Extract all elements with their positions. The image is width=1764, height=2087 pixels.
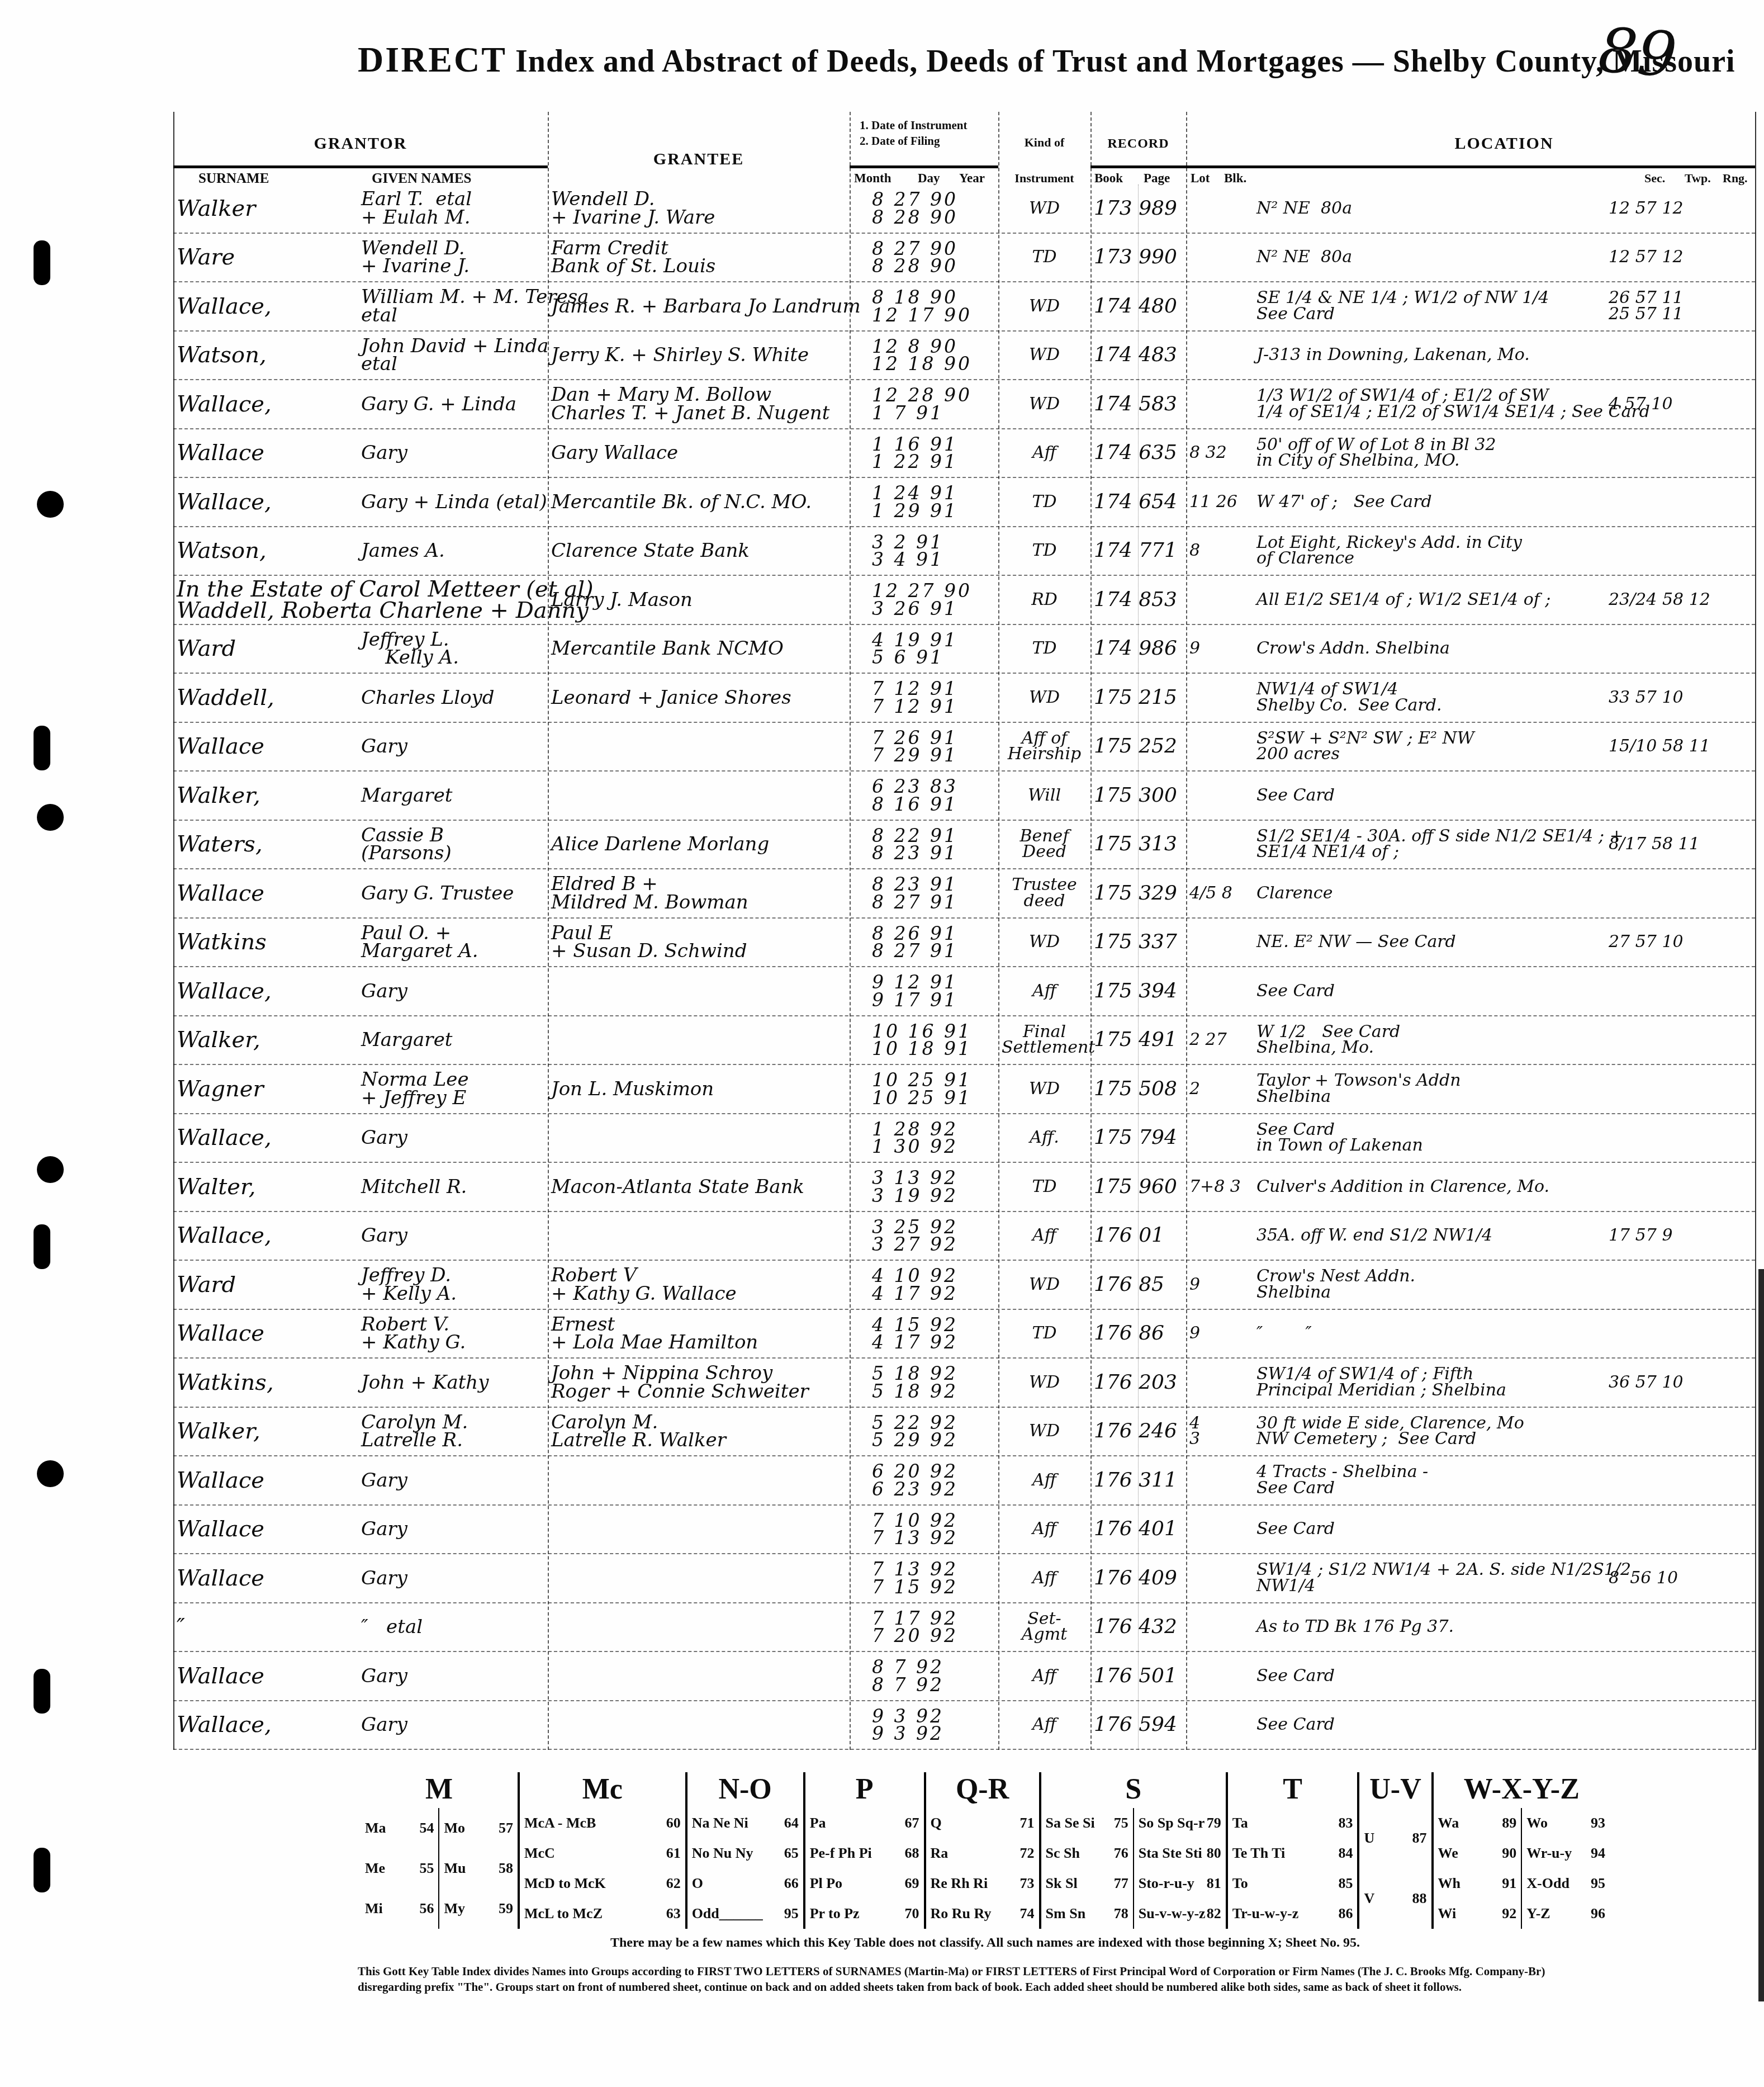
date-instrument-filing: 9 3 92 9 3 92 [850,1707,998,1743]
kind-of-instrument: Trustee deed [998,877,1090,910]
key-cell-label: Y-Z [1526,1905,1550,1922]
grantor-surname: Wallace [173,882,358,905]
location: Taylor + Towson's Addn Shelbina [1253,1072,1605,1105]
table-row: Wallace Gary G. Trustee Eldred B + Mildr… [173,869,1755,919]
key-row: To85 [1228,1868,1358,1899]
key-group-header: N-O [687,1772,803,1808]
grantor-given-names: Gary [358,1520,548,1539]
key-group-cells: Wa89Wo93We90Wr-u-y94Wh91X-Odd95Wi92Y-Z96 [1434,1808,1610,1929]
location: 35A. off W. end S1/2 NW1/4 [1253,1227,1605,1244]
date-instrument-filing: 1 28 92 1 30 92 [850,1120,998,1156]
col-header-book: Book [1094,171,1123,186]
sec-twp-rng [1605,1089,1755,1090]
key-cell: McD to McK62 [520,1875,685,1892]
binder-mark [34,1224,50,1269]
key-cell: X-Odd95 [1521,1868,1610,1899]
grantee [548,1235,850,1236]
date-instrument-filing: 9 12 91 9 17 91 [850,973,998,1009]
key-table-group: M Ma54Mo57Me55Mu58Mi56My59 [361,1772,518,1929]
grantor-given-names: Gary G. Trustee [358,884,548,903]
key-group-header: M [361,1772,518,1808]
table-row: Wallace, Gary 9 12 91 9 17 91 Aff 175 39… [173,967,1755,1016]
record-book-page: 175 329 [1090,883,1186,903]
key-cell: Y-Z96 [1521,1899,1610,1929]
key-cell-label: Pl Po [810,1875,843,1892]
grantee: Wendell D. + Ivarine J. Ware [548,190,850,227]
date-instrument-filing: 12 27 90 3 26 91 [850,581,998,618]
key-group-cells: Q71Ra72Re Rh Ri73Ro Ru Ry74 [926,1808,1039,1929]
col-header-grantor: GRANTOR [173,134,548,153]
date-instrument-filing: 3 2 91 3 4 91 [850,533,998,569]
key-cell: Mi56 [361,1900,438,1917]
kind-of-instrument: Aff [998,1668,1090,1685]
grantee: James R. + Barbara Jo Landrum [548,297,850,316]
key-cell-sheet-number: 54 [419,1820,434,1837]
binder-mark [37,1156,64,1183]
location: All E1/2 SE1/4 of ; W1/2 SE1/4 of ; [1253,591,1605,609]
sec-twp-rng [1605,1724,1755,1725]
kind-of-instrument: Aff [998,444,1090,462]
key-row: Wa89Wo93 [1434,1808,1610,1838]
sec-twp-rng: 4 57 10 [1605,396,1755,413]
location: See Card [1253,1716,1605,1734]
lot-blk [1186,306,1253,307]
lot-blk [1186,1137,1253,1138]
sec-twp-rng [1605,550,1755,551]
location: 30 ft wide E side, Clarence, Mo NW Cemet… [1253,1415,1605,1448]
key-cell-label: Su-v-w-y-z [1139,1905,1206,1922]
record-book-page: 176 311 [1090,1470,1186,1490]
sec-twp-rng: 17 57 9 [1605,1227,1755,1244]
grantor-surname: Walker, [173,1029,358,1051]
sec-twp-rng [1605,501,1755,503]
date-instrument-filing: 7 12 91 7 12 91 [850,679,998,716]
key-cell-label: Q [931,1815,942,1832]
sec-twp-rng [1605,1039,1755,1040]
lot-blk [1186,844,1253,845]
key-row: V88 [1359,1868,1431,1929]
key-cell-sheet-number: 92 [1502,1905,1516,1922]
grantor-surname: Ward [173,637,358,660]
sec-twp-rng [1605,1431,1755,1432]
table-row: In the Estate of Carol Metteer (et al) W… [173,576,1755,625]
binder-mark [34,1848,50,1892]
grantee: Dan + Mary M. Bollow Charles T. + Janet … [548,385,850,423]
grantee: Paul E + Susan D. Schwind [548,924,850,961]
record-book-page: 175 300 [1090,785,1186,806]
lot-blk [1186,404,1253,405]
grantor-given-names: Gary [358,1128,548,1147]
sec-twp-rng [1605,1626,1755,1627]
key-cell: My59 [438,1889,517,1929]
key-group-cells: Sa Se Si75So Sp Sq-r79Sc Sh76Sta Ste Sti… [1041,1808,1226,1929]
key-cell-label: Sc Sh [1046,1845,1080,1862]
sec-twp-rng [1605,452,1755,453]
table-row: ″ ″ etal 7 17 92 7 20 92 Set- Agmt 176 4… [173,1603,1755,1653]
key-cell-sheet-number: 96 [1591,1905,1605,1922]
key-cell-label: So Sp Sq-r [1139,1815,1205,1832]
key-cell: McA - McB60 [520,1815,685,1832]
date-instrument-filing: 5 22 92 5 29 92 [850,1413,998,1450]
table-row: Wallace, Gary 9 3 92 9 3 92 Aff 176 594 … [173,1701,1755,1750]
key-table-note: There may be a few names which this Key … [361,1935,1610,1951]
col-header-month: Month [854,171,891,186]
key-cell-sheet-number: 89 [1502,1815,1516,1832]
lot-blk [1186,941,1253,943]
col-header-kind-1: Kind of [998,135,1090,150]
grantee: Leonard + Janice Shores [548,688,850,707]
grantee: Ernest + Lola Mae Hamilton [548,1315,850,1352]
grantor-given-names: William M. + M. Teresa etal [358,287,548,325]
kind-of-instrument: Aff [998,983,1090,1000]
key-cell-label: V [1364,1890,1374,1907]
record-book-page: 175 337 [1090,932,1186,952]
key-cell-label: Mo [444,1820,465,1837]
scan-edge-artifact [1758,1269,1764,2001]
date-instrument-filing: 1 24 91 1 29 91 [850,484,998,520]
record-book-page: 174 654 [1090,492,1186,512]
grantor-given-names: Gary [358,1715,548,1734]
key-cell-sheet-number: 59 [499,1900,513,1917]
kind-of-instrument: TD [998,542,1090,560]
location: As to TD Bk 176 Pg 37. [1253,1619,1605,1636]
table-row: Watkins Paul O. + Margaret A. Paul E + S… [173,919,1755,968]
sec-twp-rng: 8/17 58 11 [1605,836,1755,853]
grantee: Macon-Atlanta State Bank [548,1177,850,1196]
key-table-group: N-O Na Ne Ni64No Nu Ny65O66Odd______95 [685,1772,803,1929]
location: J-313 in Downing, Lakenan, Mo. [1253,347,1605,364]
col-header-location: LOCATION [1253,134,1755,153]
binder-mark [34,1669,50,1714]
grantee: John + Nippina Schroy Roger + Connie Sch… [548,1364,850,1401]
grantor-surname: Wallace [173,735,358,758]
date-instrument-filing: 4 10 92 4 17 92 [850,1266,998,1303]
kind-of-instrument: WD [998,1374,1090,1392]
sec-twp-rng: 23/24 58 12 [1605,591,1755,609]
record-book-page: 174 583 [1090,394,1186,414]
key-row: Me55Mu58 [361,1848,518,1889]
key-cell-sheet-number: 91 [1502,1875,1516,1892]
location: N² NE 80a [1253,249,1605,266]
kind-of-instrument: Aff [998,1472,1090,1489]
table-row: Ward Jeffrey D. + Kelly A. Robert V + Ka… [173,1261,1755,1310]
kind-of-instrument: Benef Deed [998,828,1090,861]
location: SW1/4 ; S1/2 NW1/4 + 2A. S. side N1/2S1/… [1253,1561,1605,1594]
sec-twp-rng: 15/10 58 11 [1605,738,1755,755]
key-row: Ma54Mo57 [361,1808,518,1848]
page-title: DIRECT Index and Abstract of Deeds, Deed… [358,39,1531,81]
key-cell: McL to McZ63 [520,1905,685,1922]
key-cell-sheet-number: 93 [1591,1815,1605,1832]
key-cell-sheet-number: 65 [784,1845,799,1862]
lot-blk: 4 3 [1186,1415,1253,1448]
record-book-page: 174 986 [1090,638,1186,659]
key-cell-label: McC [524,1845,555,1862]
key-row: Ro Ru Ry74 [926,1899,1039,1929]
record-book-page: 173 989 [1090,198,1186,219]
col-header-sec: Sec. [1644,171,1665,186]
key-cell: Ro Ru Ry74 [926,1905,1039,1922]
grantee [548,1578,850,1579]
key-cell-sheet-number: 87 [1412,1830,1427,1847]
grantor-surname: Wallace, [173,1127,358,1149]
key-row: Mi56My59 [361,1889,518,1929]
grantor-surname: Wagner [173,1078,358,1100]
grantee [548,1724,850,1725]
grantee [548,1626,850,1627]
key-group-header: Q-R [926,1772,1039,1808]
key-cell-sheet-number: 84 [1338,1845,1353,1862]
col-header-record: RECORD [1090,136,1186,152]
grantor-surname: Ward [173,1274,358,1296]
kind-of-instrument: Aff [998,1716,1090,1734]
table-row: Wallace Gary 7 13 92 7 15 92 Aff 176 409… [173,1554,1755,1603]
grantor-surname: ″ [173,1616,358,1638]
key-cell-label: No Nu Ny [692,1845,753,1862]
date-instrument-filing: 10 25 91 10 25 91 [850,1071,998,1107]
key-row: Sc Sh76Sta Ste Sti80 [1041,1838,1226,1868]
record-book-page: 176 01 [1090,1225,1186,1246]
key-cell-label: Mu [444,1860,466,1877]
location: Lot Eight, Rickey's Add. in City of Clar… [1253,534,1605,567]
col-header-grantee: GRANTEE [548,150,850,169]
table-row: Walker, Margaret 6 23 83 8 16 91 Will 17… [173,772,1755,821]
record-book-page: 175 508 [1090,1079,1186,1099]
grantor-surname: In the Estate of Carol Metteer (et al) W… [173,578,358,622]
col-header-rng: Rng. [1723,171,1748,186]
key-cell-label: Ro Ru Ry [931,1905,992,1922]
date-instrument-filing: 12 28 90 1 7 91 [850,386,998,422]
key-cell-sheet-number: 71 [1020,1815,1035,1832]
key-cell-sheet-number: 56 [419,1900,434,1917]
sec-twp-rng [1605,1284,1755,1285]
key-cell: Te Th Ti84 [1228,1845,1358,1862]
kind-of-instrument: TD [998,1325,1090,1342]
key-group-header: U-V [1359,1772,1431,1808]
kind-of-instrument: Final Settlement [998,1024,1090,1057]
key-row: Wi92Y-Z96 [1434,1899,1610,1929]
key-cell-sheet-number: 63 [666,1905,681,1922]
key-cell: Odd______95 [687,1905,803,1922]
grantor-given-names: Gary [358,443,548,462]
key-cell-sheet-number: 79 [1207,1815,1221,1832]
col-header-blk: Blk. [1224,171,1246,186]
key-cell-label: Ra [931,1845,949,1862]
date-instrument-filing: 8 26 91 8 27 91 [850,924,998,960]
key-cell-sheet-number: 55 [419,1860,434,1877]
record-book-page: 174 853 [1090,590,1186,610]
table-row: Wallace Gary 8 7 92 8 7 92 Aff 176 501 S… [173,1652,1755,1701]
date-instrument-filing: 7 17 92 7 20 92 [850,1609,998,1645]
key-cell: Sm Sn78 [1041,1905,1133,1922]
kind-of-instrument: WD [998,1423,1090,1440]
sec-twp-rng: 12 57 12 [1605,200,1755,217]
key-cell-sheet-number: 80 [1207,1845,1221,1862]
key-row: Ta83 [1228,1808,1358,1838]
key-cell-label: McA - McB [524,1815,596,1832]
col-header-day: Day [918,171,940,186]
date-instrument-filing: 6 20 92 6 23 92 [850,1462,998,1498]
key-cell-sheet-number: 67 [905,1815,919,1832]
table-row: Ware Wendell D. + Ivarine J. Farm Credit… [173,234,1755,283]
grantee: Alice Darlene Morlang [548,835,850,854]
key-cell-label: Sto-r-u-y [1139,1875,1194,1892]
location: See Card [1253,1521,1605,1538]
table-row: Walker Earl T. etal + Eulah M. Wendell D… [173,184,1755,234]
key-cell-label: To [1232,1875,1248,1892]
date-instrument-filing: 8 27 90 8 28 90 [850,190,998,226]
key-cell: Tr-u-w-y-z86 [1228,1905,1358,1922]
key-cell-sheet-number: 70 [905,1905,919,1922]
sec-twp-rng [1605,991,1755,992]
lot-blk [1186,1480,1253,1481]
key-cell-label: Sta Ste Sti [1139,1845,1202,1862]
lot-blk [1186,257,1253,258]
lot-blk [1186,208,1253,209]
key-row: McL to McZ63 [520,1899,685,1929]
location: SE 1/4 & NE 1/4 ; W1/2 of NW 1/4 See Car… [1253,290,1605,323]
table-row: Wallace Gary 7 10 92 7 13 92 Aff 176 401… [173,1506,1755,1555]
binder-mark [34,240,50,285]
lot-blk: 7+8 3 [1186,1179,1253,1196]
grantor-given-names: Gary [358,1667,548,1686]
ledger-rows: Walker Earl T. etal + Eulah M. Wendell D… [173,184,1755,1750]
key-row: Pa67 [805,1808,924,1838]
record-book-page: 175 215 [1090,688,1186,708]
key-row: Pr to Pz70 [805,1899,924,1929]
lot-blk [1186,1528,1253,1530]
table-row: Wallace Gary 6 20 92 6 23 92 Aff 176 311… [173,1456,1755,1506]
key-cell-sheet-number: 88 [1412,1890,1427,1907]
key-cell-sheet-number: 95 [1591,1875,1605,1892]
grantee [548,1676,850,1677]
grantor-given-names: Norma Lee + Jeffrey E [358,1070,548,1108]
table-row: Waddell, Charles Lloyd Leonard + Janice … [173,674,1755,723]
grantee: Larry J. Mason [548,590,850,609]
col-header-lot: Lot [1191,171,1210,186]
lot-blk [1186,746,1253,747]
key-cell-label: Wi [1438,1905,1457,1922]
key-table-group: U-V U87V88 [1357,1772,1431,1929]
key-cell-sheet-number: 75 [1114,1815,1128,1832]
key-cell: Q71 [926,1815,1039,1832]
key-row: O66 [687,1868,803,1899]
record-book-page: 175 313 [1090,834,1186,854]
grantor-given-names: Charles Lloyd [358,688,548,707]
grantor-surname: Watkins [173,931,358,953]
key-table: M Ma54Mo57Me55Mu58Mi56My59 Mc McA - McB6… [361,1772,1610,1929]
record-book-page: 176 85 [1090,1275,1186,1295]
grantor-given-names: Gary [358,1471,548,1490]
sec-twp-rng [1605,795,1755,796]
table-row: Wallace, William M. + M. Teresa etal Jam… [173,282,1755,332]
key-row: Sk Sl77Sto-r-u-y81 [1041,1868,1226,1899]
page-title-rest: Index and Abstract of Deeds, Deeds of Tr… [507,44,1735,79]
key-cell-label: McD to McK [524,1875,606,1892]
key-row: Te Th Ti84 [1228,1838,1358,1868]
grantee: Robert V + Kathy G. Wallace [548,1266,850,1303]
grantee: Gary Wallace [548,443,850,462]
key-cell-sheet-number: 77 [1114,1875,1128,1892]
key-cell: Pl Po69 [805,1875,924,1892]
handwritten-page-number: 89 [1596,14,1680,91]
grantor-given-names: Mitchell R. [358,1177,548,1196]
key-cell: Pr to Pz70 [805,1905,924,1922]
lot-blk: 9 [1186,1325,1253,1342]
key-cell-label: We [1438,1845,1458,1862]
key-group-cells: Na Ne Ni64No Nu Ny65O66Odd______95 [687,1808,803,1929]
date-instrument-filing: 3 25 92 3 27 92 [850,1218,998,1254]
kind-of-instrument: Aff [998,1521,1090,1538]
location: See Card in Town of Lakenan [1253,1121,1605,1154]
location: Crow's Nest Addn. Shelbina [1253,1268,1605,1301]
key-cell: Sc Sh76 [1041,1845,1133,1862]
location: NW1/4 of SW1/4 Shelby Co. See Card. [1253,681,1605,714]
key-cell: Sk Sl77 [1041,1875,1133,1892]
key-row: Q71 [926,1808,1039,1838]
grantor-given-names: Jeffrey D. + Kelly A. [358,1266,548,1303]
grantor-given-names: Earl T. etal + Eulah M. [358,190,548,227]
lot-blk [1186,1382,1253,1383]
table-row: Wallace, Gary + Linda (etal) Mercantile … [173,478,1755,527]
table-border-right [1755,112,1756,1750]
key-group-cells: U87V88 [1359,1808,1431,1929]
lot-blk [1186,599,1253,600]
grantor-surname: Wallace, [173,980,358,1002]
grantor-given-names: Gary + Linda (etal) [358,493,548,512]
record-book-page: 174 635 [1090,443,1186,463]
kind-of-instrument: Set- Agmt [998,1611,1090,1644]
table-row: Watson, John David + Linda etal Jerry K.… [173,332,1755,381]
key-table-group: Mc McA - McB60McC61McD to McK62McL to Mc… [518,1772,685,1929]
binder-mark [34,726,50,770]
key-cell: Sta Ste Sti80 [1133,1838,1226,1868]
key-cell-label: Ta [1232,1815,1248,1832]
lot-blk: 4/5 8 [1186,885,1253,902]
date-instrument-filing: 1 16 91 1 22 91 [850,435,998,471]
key-group-header: S [1041,1772,1226,1808]
grantor-given-names: Gary [358,1226,548,1245]
date-instrument-filing: 8 22 91 8 23 91 [850,826,998,863]
date-instrument-filing: 8 7 92 8 7 92 [850,1658,998,1694]
key-cell: Mu58 [438,1848,517,1889]
key-cell-label: Sm Sn [1046,1905,1086,1922]
table-row: Watson, James A. Clarence State Bank 3 2… [173,527,1755,576]
location: 4 Tracts - Shelbina - See Card [1253,1464,1605,1497]
key-cell-label: U [1364,1830,1374,1847]
grantee [548,795,850,796]
location: 1/3 W1/2 of SW1/4 of ; E1/2 of SW 1/4 of… [1253,387,1605,420]
kind-of-instrument: WD [998,396,1090,413]
key-cell-sheet-number: 76 [1114,1845,1128,1862]
sec-twp-rng: 27 57 10 [1605,934,1755,951]
grantor-given-names: Carolyn M. Latrelle R. [358,1413,548,1450]
key-group-cells: Ma54Mo57Me55Mu58Mi56My59 [361,1808,518,1929]
grantee [548,1528,850,1530]
grantee: Jerry K. + Shirley S. White [548,346,850,365]
sec-twp-rng: 26 57 11 25 57 11 [1605,290,1755,323]
lot-blk [1186,1724,1253,1725]
record-book-page: 174 483 [1090,345,1186,365]
key-row: Sm Sn78Su-v-w-y-z82 [1041,1899,1226,1929]
key-row: Tr-u-w-y-z86 [1228,1899,1358,1929]
binder-mark [37,491,64,518]
table-row: Wallace, Gary 1 28 92 1 30 92 Aff. 175 7… [173,1114,1755,1163]
grantee [548,746,850,747]
record-book-page: 175 252 [1090,736,1186,756]
sec-twp-rng [1605,354,1755,356]
grantor-surname: Wallace, [173,491,358,513]
